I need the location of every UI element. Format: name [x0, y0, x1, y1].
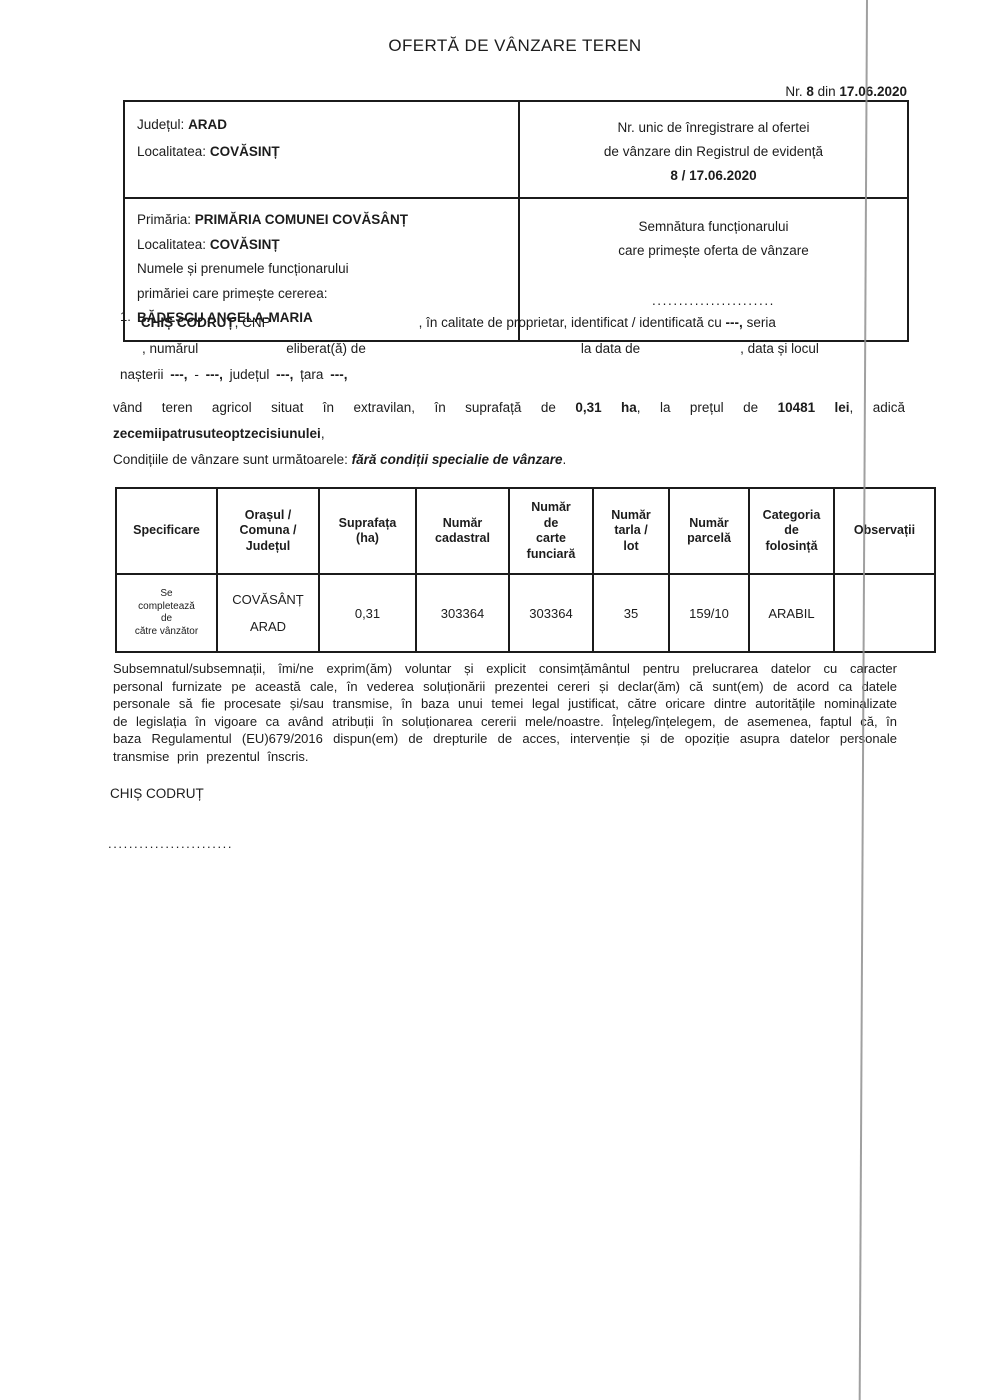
cell-parcela: 159/10 [669, 574, 749, 652]
sale-statement-line-1: vând teren agricol situat în extravilan,… [113, 395, 905, 421]
county-label: Județul: [137, 117, 184, 132]
declaration-line-3: nașterii ---, - ---, județul ---, țara -… [120, 362, 912, 388]
sale-text-c: , adică [850, 400, 905, 415]
townhall-line: Primăria: PRIMĂRIA COMUNEI COVĂSÂNȚ [137, 208, 506, 233]
sale-statement-line-2: zecemiipatrusuteoptzecisiunulei, [113, 421, 905, 447]
dash-sep: - [194, 367, 199, 382]
county-line: Județul: ARAD [137, 111, 506, 138]
locality2-label: Localitatea: [137, 237, 206, 252]
seller-signature-dotted-line: ........................ [108, 836, 233, 851]
cell-observatii [834, 574, 935, 652]
registry-line-2: de vânzare din Registrul de evidență [532, 140, 895, 164]
price-value: 10481 lei [778, 400, 850, 415]
price-words-comma: , [321, 426, 325, 441]
registry-line-1: Nr. unic de înregistrare al ofertei [532, 116, 895, 140]
header-table-row-1: Județul: ARAD Localitatea: COVĂSINȚ Nr. … [124, 101, 908, 198]
registry-cell: Nr. unic de înregistrare al ofertei de v… [519, 101, 908, 198]
land-parcel-table: Specificare Orașul / Comuna / Județul Su… [115, 487, 936, 653]
cell-numar-cadastral: 303364 [416, 574, 509, 652]
cell-tarla-lot: 35 [593, 574, 669, 652]
reg-number: 8 [806, 84, 814, 99]
reg-prefix: Nr. [785, 84, 802, 99]
signature-caption-1: Semnătura funcționarului [532, 215, 895, 239]
dash-value-2: ---, [170, 367, 187, 382]
sale-text-a: vând teren agricol situat în extravilan,… [113, 400, 556, 415]
county-value: ARAD [188, 117, 227, 132]
cell-suprafata: 0,31 [319, 574, 416, 652]
owner-name: CHIȘ CODRUȚ [141, 315, 235, 330]
page-title: OFERTĂ DE VÂNZARE TEREN [110, 36, 920, 56]
townhall-label: Primăria: [137, 212, 191, 227]
dash-value-1: ---, [726, 315, 743, 330]
gdpr-consent-paragraph: Subsemnatul/subsemnații, îmi/ne exprim(ă… [113, 660, 897, 765]
col-header-observatii: Observații [834, 488, 935, 574]
county-cell: Județul: ARAD Localitatea: COVĂSINȚ [124, 101, 519, 198]
nasterii-label: nașterii [120, 367, 164, 382]
col-header-oras-comuna-judet: Orașul / Comuna / Județul [217, 488, 319, 574]
cell-specificare: Se completează de către vânzător [116, 574, 217, 652]
price-in-words: zecemiipatrusuteoptzecisiunulei [113, 426, 321, 441]
townhall-value: PRIMĂRIA COMUNEI COVĂSÂNȚ [195, 212, 408, 227]
official-name-line-2: primăriei care primește cererea: [137, 282, 506, 307]
land-table-data-row: Se completează de către vânzător COVĂSÂN… [116, 574, 935, 652]
seller-signature-name: CHIȘ CODRUȚ [110, 786, 204, 801]
data-loc-label: , data și locul [740, 341, 819, 356]
locality-line: Localitatea: COVĂSINȚ [137, 138, 506, 165]
dash-value-4: ---, [276, 367, 293, 382]
declaration-text-1: , în calitate de proprietar, identificat… [419, 315, 722, 330]
land-table-header-row: Specificare Orașul / Comuna / Județul Su… [116, 488, 935, 574]
reg-date: 17.06.2020 [839, 84, 907, 99]
cell-categoria-folosinta: ARABIL [749, 574, 834, 652]
conditions-label: Condițiile de vânzare sunt următoarele: [113, 452, 348, 467]
judet-label: județul [230, 367, 270, 382]
data-label: la data de [581, 341, 640, 356]
col-header-suprafata: Suprafața (ha) [319, 488, 416, 574]
numarul-label: , numărul [142, 341, 198, 356]
seria-label: seria [747, 315, 776, 330]
cell-oras-judet: COVĂSÂNȚ ARAD [217, 574, 319, 652]
sale-conditions: Condițiile de vânzare sunt următoarele: … [113, 452, 913, 467]
sale-text-b: , la prețul de [637, 400, 758, 415]
item-number: 1. [120, 304, 131, 330]
dash-value-5: ---, [330, 367, 347, 382]
signature-caption-2: care primește oferta de vânzare [532, 239, 895, 263]
col-header-carte-funciara: Număr de carte funciară [509, 488, 593, 574]
col-header-numar-cadastral: Număr cadastral [416, 488, 509, 574]
tara-label: țara [300, 367, 323, 382]
sale-statement: vând teren agricol situat în extravilan,… [113, 395, 905, 447]
land-area-value: 0,31 ha [575, 400, 636, 415]
locality2-value: COVĂSINȚ [210, 237, 280, 252]
conditions-value: fără condiții specialie de vânzare [352, 452, 563, 467]
col-header-tarla-lot: Număr tarla / lot [593, 488, 669, 574]
dash-value-3: ---, [206, 367, 223, 382]
registry-value: 8 / 17.06.2020 [532, 164, 895, 188]
col-header-specificare: Specificare [116, 488, 217, 574]
locality2-line: Localitatea: COVĂSINȚ [137, 233, 506, 258]
declaration-line-1: 1.CHIȘ CODRUȚ, CNP, în calitate de propr… [120, 310, 912, 336]
locality-label: Localitatea: [137, 144, 206, 159]
declaration-line-2: , număruleliberat(ă) dela data de, data … [142, 336, 912, 362]
owner-declaration: 1.CHIȘ CODRUȚ, CNP, în calitate de propr… [120, 310, 912, 388]
locality-value: COVĂSINȚ [210, 144, 280, 159]
registration-number-line: Nr. 8 din 17.06.2020 [420, 84, 907, 99]
cell-carte-funciara: 303364 [509, 574, 593, 652]
reg-connector: din [818, 84, 836, 99]
col-header-parcela: Număr parcelă [669, 488, 749, 574]
eliberat-label: eliberat(ă) de [286, 341, 366, 356]
conditions-period: . [563, 452, 567, 467]
col-header-categoria-folosinta: Categoria de folosință [749, 488, 834, 574]
header-table: Județul: ARAD Localitatea: COVĂSINȚ Nr. … [123, 100, 909, 342]
official-name-line-1: Numele și prenumele funcționarului [137, 257, 506, 282]
cnp-label: , CNP [235, 315, 271, 330]
